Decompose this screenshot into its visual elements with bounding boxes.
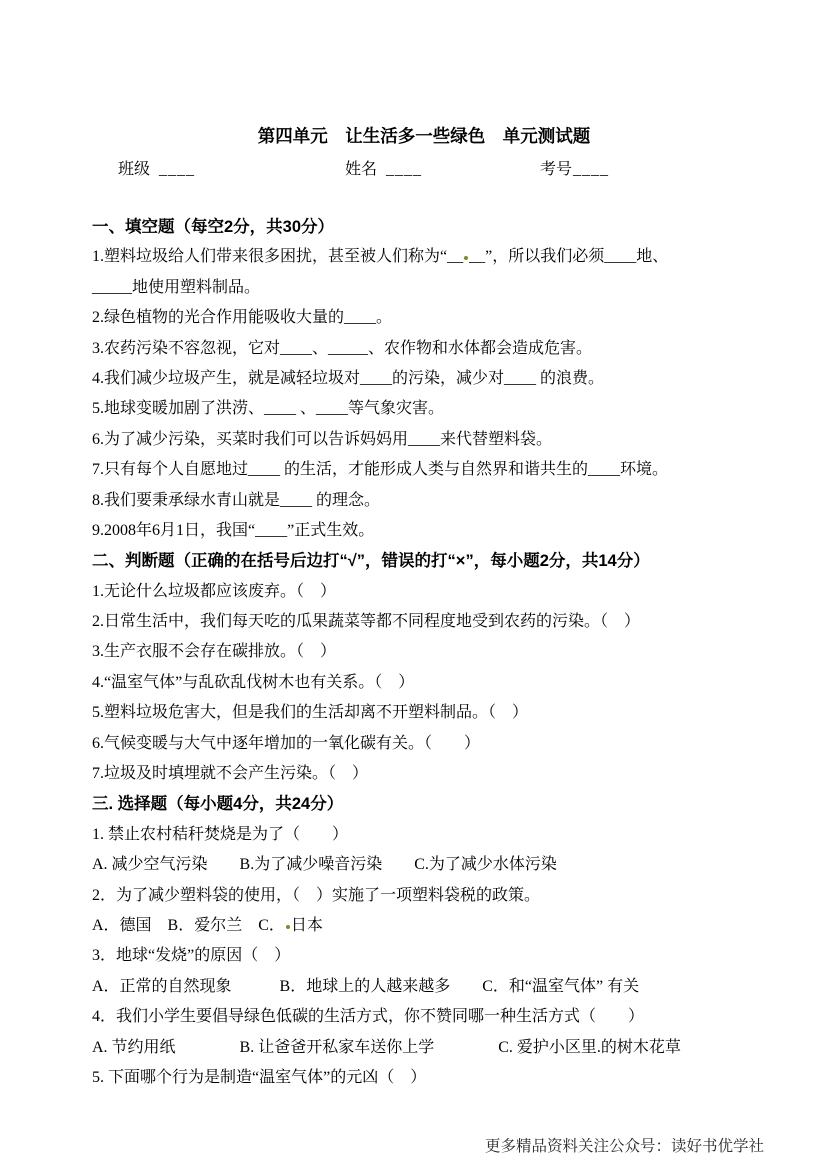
fill-q2: 2.绿色植物的光合作用能吸收大量的____。 xyxy=(92,303,772,333)
student-info-row: 班级____ 姓名____ 考号____ xyxy=(0,156,826,184)
choice-q3: 3．地球“发烧”的原因（ ） xyxy=(92,941,772,971)
fill-q1-line1: 1.塑料垃圾给人们带来很多困扰，甚至被人们称为“____”，所以我们必须____… xyxy=(92,242,772,272)
green-dot-icon xyxy=(286,925,290,929)
fill-q5: 5.地球变暖加剧了洪涝、____ 、____等气象灾害。 xyxy=(92,394,772,424)
section-choice-heading: 三. 选择题（每小题4分，共24分） xyxy=(92,789,772,819)
fill-q1-line2: _____地使用塑料制品。 xyxy=(92,273,772,303)
fill-q6: 6.为了减少污染，买菜时我们可以告诉妈妈用____来代替塑料袋。 xyxy=(92,425,772,455)
choice-q2-options-text-b: 日本 xyxy=(291,917,323,934)
class-blank: ____ xyxy=(159,161,195,178)
test-paper-page: 第四单元 让生活多一些绿色 单元测试题 班级____ 姓名____ 考号____… xyxy=(0,0,826,1169)
choice-q4: 4．我们小学生要倡导绿色低碳的生活方式，你不赞同哪一种生活方式（ ） xyxy=(92,1002,772,1032)
judge-q1: 1.无论什么垃圾都应该废弃。（ ） xyxy=(92,577,772,607)
choice-q2-options-text-a: A．德国 B．爱尔兰 C． xyxy=(92,917,285,934)
fill-q4: 4.我们减少垃圾产生，就是减轻垃圾对____的污染，减少对____ 的浪费。 xyxy=(92,364,772,394)
judge-q6: 6.气候变暖与大气中逐年增加的一氧化碳有关。（ ） xyxy=(92,729,772,759)
choice-q3-options: A．正常的自然现象 B．地球上的人越来越多 C．和“温室气体” 有关 xyxy=(92,972,772,1002)
class-label: 班级 xyxy=(118,161,150,178)
choice-q1: 1. 禁止农村秸秆焚烧是为了（ ） xyxy=(92,820,772,850)
choice-q1-options: A. 减少空气污染 B.为了减少噪音污染 C.为了减少水体污染 xyxy=(92,850,772,880)
fill-q1-text-b: __”，所以我们必须____地、 xyxy=(469,248,668,265)
choice-q5: 5. 下面哪个行为是制造“温室气体”的元凶（ ） xyxy=(92,1063,772,1093)
section-judge-heading: 二、判断题（正确的在括号后边打“√”，错误的打“×”，每小题2分，共14分） xyxy=(92,546,772,576)
name-blank: ____ xyxy=(386,161,422,178)
name-field: 姓名____ xyxy=(345,156,422,179)
name-label: 姓名 xyxy=(345,161,377,178)
paper-body: 一、填空题（每空2分，共30分） 1.塑料垃圾给人们带来很多困扰，甚至被人们称为… xyxy=(92,212,772,1093)
choice-q4-options: A. 节约用纸 B. 让爸爸开私家车送你上学 C. 爱护小区里.的树木花草 xyxy=(92,1033,772,1063)
choice-q2-options: A．德国 B．爱尔兰 C．日本 xyxy=(92,911,772,941)
class-field: 班级____ xyxy=(118,156,195,179)
fill-q7: 7.只有每个人自愿地过____ 的生活，才能形成人类与自然界和谐共生的____环… xyxy=(92,455,772,485)
exam-no-label: 考号 xyxy=(540,161,572,178)
judge-q2: 2.日常生活中，我们每天吃的瓜果蔬菜等都不同程度地受到农药的污染。（ ） xyxy=(92,607,772,637)
fill-q8: 8.我们要秉承绿水青山就是____ 的理念。 xyxy=(92,486,772,516)
fill-q1-text-a: 1.塑料垃圾给人们带来很多困扰，甚至被人们称为“__ xyxy=(92,248,463,265)
exam-no-field: 考号____ xyxy=(540,156,609,179)
exam-no-blank: ____ xyxy=(573,161,609,178)
footer-note: 更多精品资料关注公众号：读好书优学社 xyxy=(485,1134,764,1156)
judge-q3: 3.生产衣服不会存在碳排放。（ ） xyxy=(92,637,772,667)
fill-q3: 3.农药污染不容忽视，它对____、_____、农作物和水体都会造成危害。 xyxy=(92,334,772,364)
choice-q2: 2．为了减少塑料袋的使用，（ ）实施了一项塑料袋税的政策。 xyxy=(92,881,772,911)
page-title: 第四单元 让生活多一些绿色 单元测试题 xyxy=(92,123,756,148)
fill-q9: 9.2008年6月1日，我国“____”正式生效。 xyxy=(92,516,772,546)
green-dot-icon xyxy=(464,256,468,260)
judge-q5: 5.塑料垃圾危害大，但是我们的生活却离不开塑料制品。（ ） xyxy=(92,698,772,728)
judge-q4: 4.“温室气体”与乱砍乱伐树木也有关系。（ ） xyxy=(92,668,772,698)
section-fill-heading: 一、填空题（每空2分，共30分） xyxy=(92,212,772,242)
judge-q7: 7.垃圾及时填埋就不会产生污染。（ ） xyxy=(92,759,772,789)
